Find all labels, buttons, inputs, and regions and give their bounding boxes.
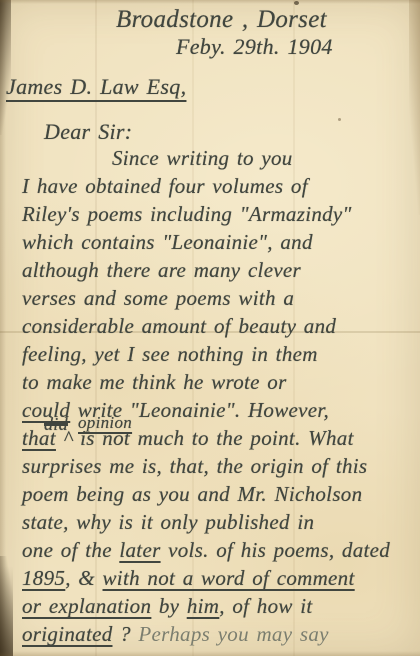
letter-text-segment: Perhaps you may say bbox=[138, 622, 328, 646]
paper-edge-left-top bbox=[0, 0, 11, 135]
letter-text-segment: state, why is it only published in bbox=[22, 510, 314, 534]
letter-body: Since writing to youI have obtained four… bbox=[22, 146, 420, 650]
letter-line: I have obtained four volumes of bbox=[22, 174, 420, 202]
letter-text-segment: which contains "Leonainie", and bbox=[22, 230, 313, 254]
letter-line: although there are many clever bbox=[22, 258, 420, 286]
letter-line: feeling, yet I see nothing in them bbox=[22, 342, 420, 370]
edit-above-word: opinion bbox=[78, 413, 132, 433]
letter-text-segment: one of the bbox=[22, 538, 119, 562]
letter-line: opinionthat ^ is not much to the point. … bbox=[22, 426, 420, 454]
letter-text-segment: poem being as you and Mr. Nicholson bbox=[22, 482, 362, 506]
letter-line: originated ? Perhaps you may say bbox=[22, 622, 420, 650]
letter-line: verses and some poems with a bbox=[22, 286, 420, 314]
letter-line: poem being as you and Mr. Nicholson bbox=[22, 482, 420, 510]
letter-text-segment: 1895 bbox=[22, 566, 65, 590]
letter-text-segment: that bbox=[22, 426, 56, 450]
letter-line: Since writing to you bbox=[22, 146, 420, 174]
letter-text-segment: or explanation bbox=[22, 594, 151, 618]
paper-speck bbox=[294, 1, 299, 5]
letter-text-segment: Since writing to you bbox=[112, 146, 293, 170]
letter-text-segment: to make me think he wrote or bbox=[22, 370, 287, 394]
letter-line: Riley's poems including "Armazindy" bbox=[22, 202, 420, 230]
letter-line: which contains "Leonainie", and bbox=[22, 230, 420, 258]
letter-line: 1895, & with not a word of comment bbox=[22, 566, 420, 594]
letter-text-segment: considerable amount of beauty and bbox=[22, 314, 336, 338]
letter-recipient: James D. Law Esq, bbox=[6, 74, 186, 100]
letter-line: state, why is it only published in bbox=[22, 510, 420, 538]
letter-text-segment: by bbox=[151, 594, 187, 618]
paper-edge-left-bottom bbox=[0, 556, 13, 656]
letter-place-line: Broadstone , Dorset bbox=[116, 6, 327, 34]
paper-edge-top bbox=[0, 0, 420, 4]
letter-line: to make me think he wrote or bbox=[22, 370, 420, 398]
letter-text-segment: later bbox=[119, 538, 160, 562]
letter-text-segment: I have obtained four volumes of bbox=[22, 174, 308, 198]
letter-text-segment: originated bbox=[22, 622, 113, 646]
letter-paper: Broadstone , Dorset Feby. 29th. 1904 Jam… bbox=[0, 0, 420, 656]
letter-line: surprises me is, that, the origin of thi… bbox=[22, 454, 420, 482]
letter-text-segment: with not a word of comment bbox=[103, 566, 355, 590]
letter-text-segment: although there are many clever bbox=[22, 258, 301, 282]
letter-text-segment: ? bbox=[113, 622, 139, 646]
letter-text-segment: feeling, yet I see nothing in them bbox=[22, 342, 318, 366]
letter-text-segment: , & bbox=[65, 566, 102, 590]
letter-line: one of the later vols. of his poems, dat… bbox=[22, 538, 420, 566]
letter-text-segment: him bbox=[187, 594, 219, 618]
letter-text-segment: surprises me is, that, the origin of thi… bbox=[22, 454, 367, 478]
letter-line: considerable amount of beauty and bbox=[22, 314, 420, 342]
letter-line: or explanation by him, of how it bbox=[22, 594, 420, 622]
paper-speck bbox=[338, 118, 341, 121]
letter-date-line: Feby. 29th. 1904 bbox=[176, 34, 333, 60]
paper-edge-bottom bbox=[0, 651, 420, 656]
letter-text-segment: Riley's poems including "Armazindy" bbox=[22, 202, 352, 226]
letter-text-segment: verses and some poems with a bbox=[22, 286, 294, 310]
letter-text-segment: , of how it bbox=[219, 594, 312, 618]
letter-text-segment: vols. of his poems, dated bbox=[161, 538, 391, 562]
letter-salutation: Dear Sir: bbox=[44, 119, 132, 145]
